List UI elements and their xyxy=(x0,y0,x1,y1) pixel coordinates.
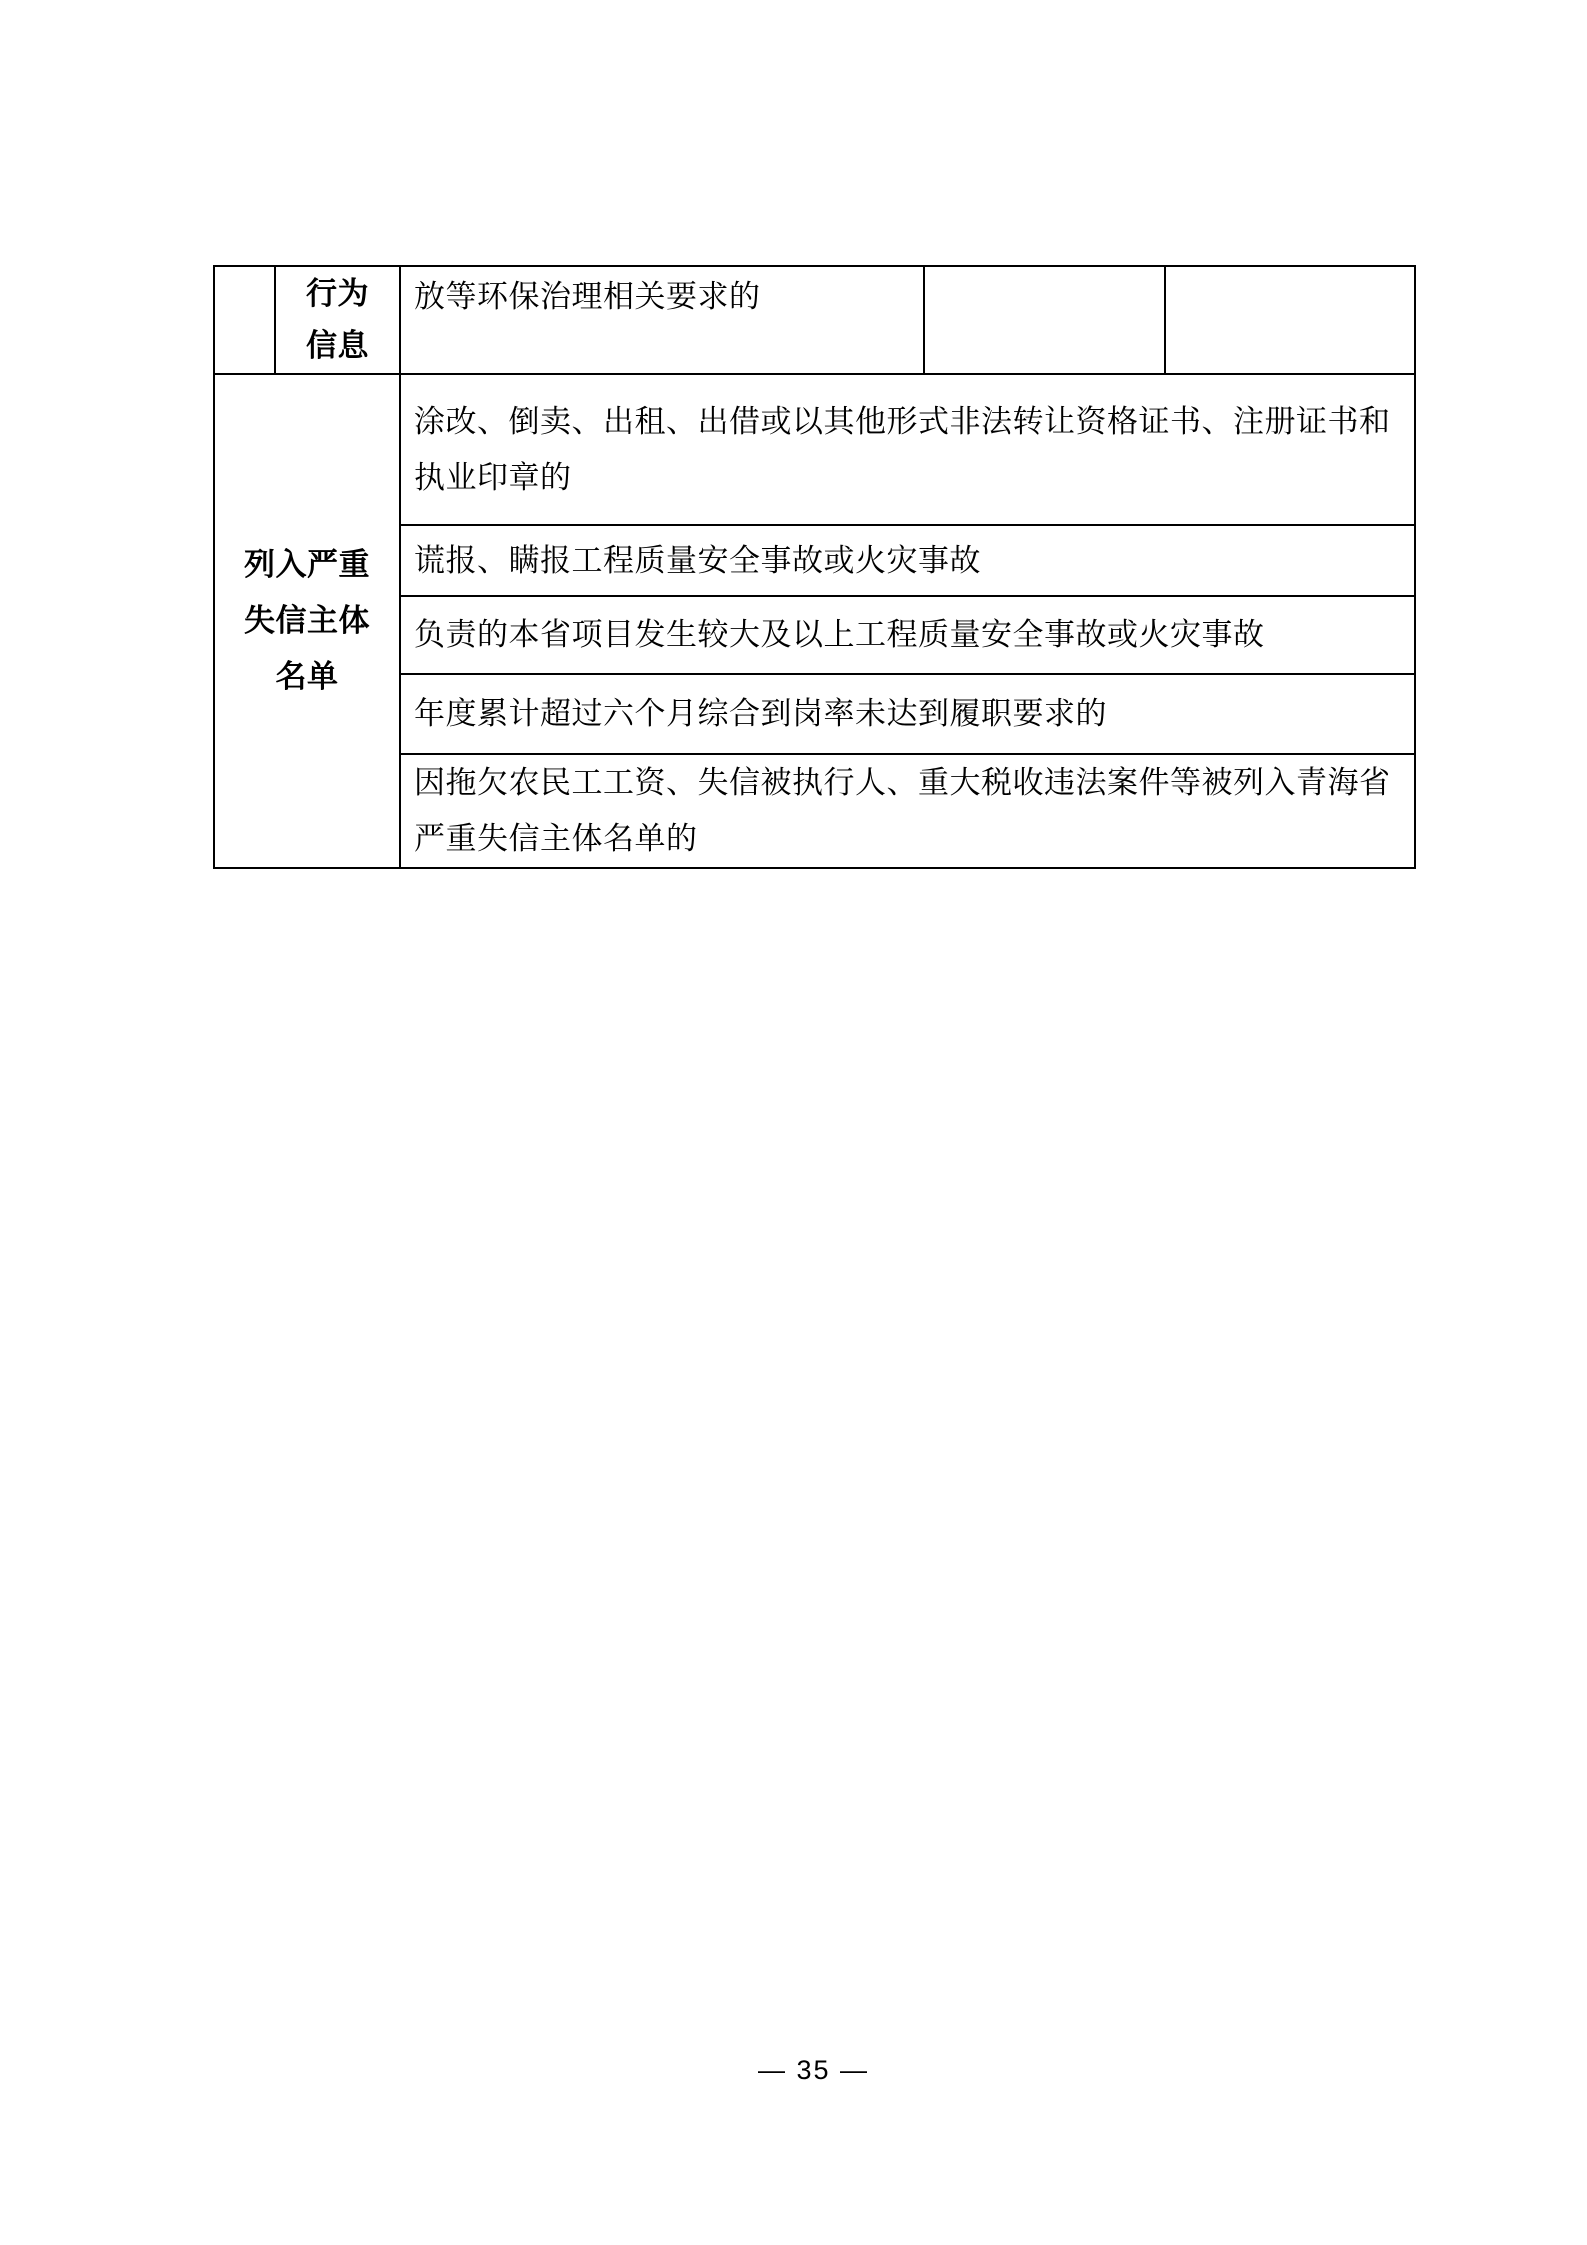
blacklist-item-text-line: 年度累计超过六个月综合到岗率未达到履职要求的 xyxy=(414,686,1400,742)
cell-empty-col4 xyxy=(924,266,1165,374)
row-header-line: 列入严重 xyxy=(215,537,399,593)
cell-blacklist-item-5: 因拖欠农民工工资、失信被执行人、重大税收违法案件等被列入青海省 严重失信主体名单… xyxy=(400,754,1415,868)
row-header-blacklist: 列入严重 失信主体 名单 xyxy=(214,374,400,868)
row-header-line: 信息 xyxy=(276,320,399,372)
table-row: 行为 信息 放等环保治理相关要求的 xyxy=(214,266,1415,374)
page-number: — 35 — xyxy=(213,2054,1414,2086)
row-header-line: 行为 xyxy=(276,268,399,320)
blacklist-info-table: 行为 信息 放等环保治理相关要求的 列入严重 失信主体 名单 涂改、倒卖、出租、… xyxy=(213,265,1416,869)
blacklist-item-text-line: 执业印章的 xyxy=(414,450,1400,506)
row-header-behavior-info: 行为 信息 xyxy=(275,266,400,374)
table-row: 列入严重 失信主体 名单 涂改、倒卖、出租、出借或以其他形式非法转让资格证书、注… xyxy=(214,374,1415,525)
cell-blacklist-item-3: 负责的本省项目发生较大及以上工程质量安全事故或火灾事故 xyxy=(400,596,1415,674)
blacklist-item-text-line: 负责的本省项目发生较大及以上工程质量安全事故或火灾事故 xyxy=(414,607,1400,663)
blacklist-item-text-line: 涂改、倒卖、出租、出借或以其他形式非法转让资格证书、注册证书和 xyxy=(414,394,1400,450)
cell-empty-col5 xyxy=(1165,266,1415,374)
blacklist-item-text-line: 谎报、瞒报工程质量安全事故或火灾事故 xyxy=(414,533,1400,589)
blacklist-item-text-line: 严重失信主体名单的 xyxy=(414,811,1400,867)
cell-blacklist-item-1: 涂改、倒卖、出租、出借或以其他形式非法转让资格证书、注册证书和 执业印章的 xyxy=(400,374,1415,525)
row-header-line: 失信主体 xyxy=(215,593,399,649)
blacklist-item-text-line: 因拖欠农民工工资、失信被执行人、重大税收违法案件等被列入青海省 xyxy=(414,755,1400,811)
cell-top-left-empty xyxy=(214,266,275,374)
cell-blacklist-item-4: 年度累计超过六个月综合到岗率未达到履职要求的 xyxy=(400,674,1415,754)
cell-continuation-text: 放等环保治理相关要求的 xyxy=(400,266,924,374)
document-page: 行为 信息 放等环保治理相关要求的 列入严重 失信主体 名单 涂改、倒卖、出租、… xyxy=(0,0,1587,2245)
cell-blacklist-item-2: 谎报、瞒报工程质量安全事故或火灾事故 xyxy=(400,525,1415,596)
continuation-text: 放等环保治理相关要求的 xyxy=(414,278,909,315)
row-header-line: 名单 xyxy=(215,649,399,705)
